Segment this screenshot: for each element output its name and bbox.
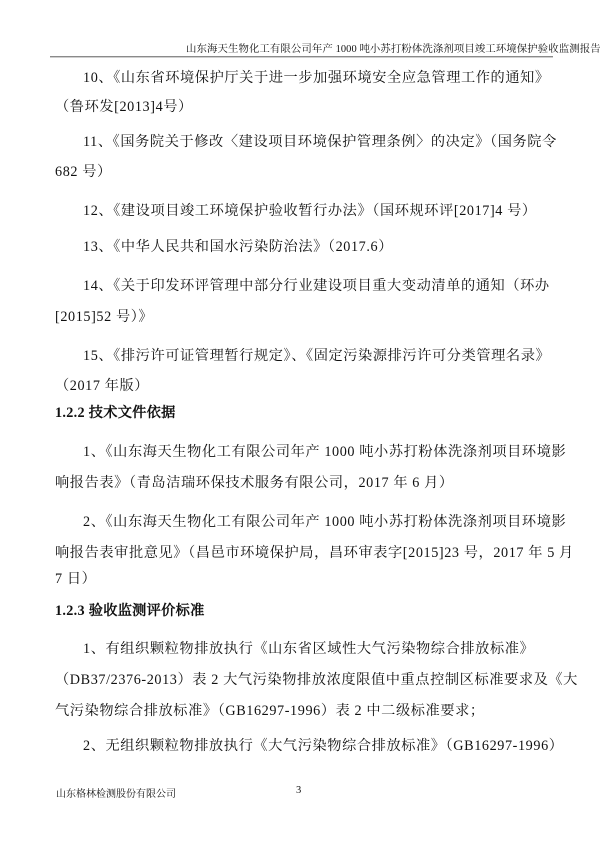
law-item-11-line-2: 682 号） xyxy=(55,163,545,181)
standard-item-1-line-2: （DB37/2376-2013）表 2 大气污染物排放浓度限值中重点控制区标准要… xyxy=(55,671,545,689)
law-item-10-line-2: （鲁环发[2013]4号） xyxy=(55,98,545,116)
law-item-13: 13、《中华人民共和国水污染防治法》（2017.6） xyxy=(83,238,545,256)
law-item-10-line-1: 10、《山东省环境保护厅关于进一步加强环境安全应急管理工作的通知》 xyxy=(83,69,545,87)
tech-doc-item-2-line-3: 7 日） xyxy=(55,570,545,588)
law-item-14-line-1: 14、《关于印发环评管理中部分行业建设项目重大变动清单的通知（环办 xyxy=(83,277,545,295)
standard-item-2-line-1: 2、无组织颗粒物排放执行《大气污染物综合排放标准》（GB16297-1996） xyxy=(83,737,545,755)
header-rule xyxy=(50,56,553,58)
law-item-12: 12、《建设项目竣工环境保护验收暂行办法》（国环规环评[2017]4 号） xyxy=(83,202,545,220)
footer-company-name: 山东格林检测股份有限公司 xyxy=(56,785,176,800)
standard-item-1-line-3: 气污染物综合排放标准》（GB16297-1996）表 2 中二级标准要求； xyxy=(55,702,545,720)
law-item-15-line-1: 15、《排污许可证管理暂行规定》、《固定污染源排污许可分类管理名录》 xyxy=(83,347,545,365)
page-number: 3 xyxy=(296,785,301,796)
tech-doc-item-1-line-1: 1、《山东海天生物化工有限公司年产 1000 吨小苏打粉体洗涤剂项目环境影 xyxy=(83,443,545,461)
law-item-14-line-2: [2015]52 号）》 xyxy=(55,308,545,326)
section-heading-1-2-3: 1.2.3 验收监测评价标准 xyxy=(55,602,545,620)
law-item-11-line-1: 11、《国务院关于修改〈建设项目环境保护管理条例〉的决定》（国务院令 xyxy=(83,133,545,151)
law-item-15-line-2: （2017 年版） xyxy=(55,377,545,395)
tech-doc-item-1-line-2: 响报告表》（青岛洁瑞环保技术服务有限公司，2017 年 6 月） xyxy=(55,474,545,492)
running-header-title: 山东海天生物化工有限公司年产 1000 吨小苏打粉体洗涤剂项目竣工环境保护验收监… xyxy=(186,40,552,55)
standard-item-1-line-1: 1、有组织颗粒物排放执行《山东省区域性大气污染物综合排放标准》 xyxy=(83,640,545,658)
tech-doc-item-2-line-1: 2、《山东海天生物化工有限公司年产 1000 吨小苏打粉体洗涤剂项目环境影 xyxy=(83,513,545,531)
tech-doc-item-2-line-2: 响报告表审批意见》（昌邑市环境保护局，昌环审表字[2015]23 号，2017 … xyxy=(55,544,545,562)
section-heading-1-2-2: 1.2.2 技术文件依据 xyxy=(55,404,545,422)
